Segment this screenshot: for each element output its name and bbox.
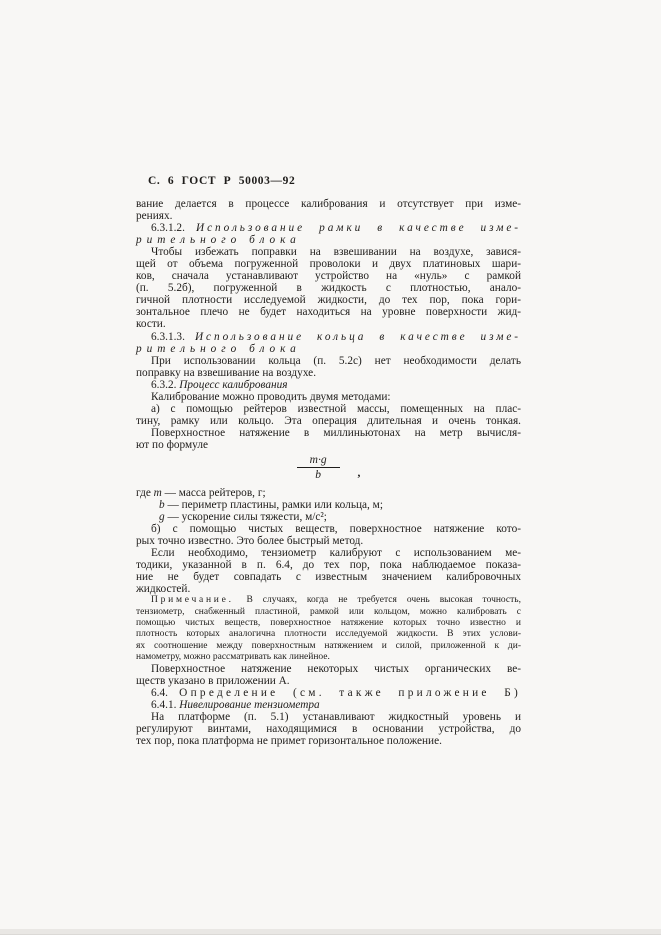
text-line: гичной плотности исследуемой жидкости, д… [136,294,521,306]
text-line: 6.4.1. Нивелирование тензиометра [136,699,521,711]
text-line: намометру, можно рассматривать как линей… [136,652,521,663]
text-line: Примечание. В случаях, когда не требуетс… [136,595,521,606]
text-line: а) с помощью рейтеров известной массы, п… [136,403,521,415]
text-line: Чтобы избежать поправки на взвешивании н… [136,246,521,258]
text-line: ков, сначала устанавливают устройство на… [136,270,521,282]
text-line: На платформе (п. 5.1) устанавливают жидк… [136,711,521,723]
text-line: 6.3.1.2. Использование рамки в качестве … [136,222,521,234]
text-line: тензиометр, снабженный пластиной, рамкой… [136,607,521,618]
text-line: ществ указано в приложении А. [136,675,521,687]
text-line: Калибрование можно проводить двумя метод… [136,391,521,403]
text-line: где m — масса рейтеров, г; [136,487,521,499]
text-column: вание делается в процессе калибрования и… [136,198,521,748]
text-line: Поверхностное натяжение некоторых чистых… [136,663,521,675]
formula-denominator: b [297,468,340,481]
text-line: тех пор, пока платформа не примет горизо… [136,735,521,747]
text-block-lower: где m — масса рейтеров, г;b — периметр п… [136,487,521,748]
text-line: плотность которых аналогична плотности и… [136,629,521,640]
text-line: b — периметр пластины, рамки или кольца,… [159,499,521,511]
page-header: С. 6 ГОСТ Р 50003—92 [148,175,295,187]
text-line: 6.3.1.3. Использование кольца в качестве… [136,331,521,343]
text-line: тодики, указанной в п. 6.4, до тех пор, … [136,559,521,571]
text-line: Поверхностное натяжение в миллиньютонах … [136,427,521,439]
text-line: При использовании кольца (п. 5.2с) нет н… [136,355,521,367]
formula-numerator: m·g [297,454,340,468]
formula-fraction: m·g b [297,454,340,481]
text-line: рых точно известно. Это более быстрый ме… [136,535,521,547]
scan-edge [0,929,661,935]
text-line: рительного блока [136,234,521,246]
text-line: кости. [136,318,521,330]
text-line: жидкостей. [136,583,521,595]
text-line: ют по формуле [136,439,521,451]
formula: m·g b , [136,451,521,487]
text-line: поправку на взвешивание на воздухе. [136,367,521,379]
text-line: помощью чистых веществ, поверхностное на… [136,618,521,629]
text-line: (п. 5.2б), погруженной в жидкость с плот… [136,282,521,294]
text-line: вание делается в процессе калибрования и… [136,198,521,210]
text-line: регулируют винтами, находящимися в основ… [136,723,521,735]
text-line: 6.3.2. Процесс калибрования [136,379,521,391]
formula-suffix: , [357,467,360,479]
scanned-document-page: С. 6 ГОСТ Р 50003—92 вание делается в пр… [0,0,661,935]
text-line: ние не будет совпадать с известным значе… [136,571,521,583]
text-line: зонтальное плечо не будет находиться на … [136,306,521,318]
text-line: б) с помощью чистых веществ, поверхностн… [136,523,521,535]
text-line: рительного блока [136,343,521,355]
text-block-upper: вание делается в процессе калибрования и… [136,198,521,451]
text-line: Если необходимо, тензиометр калибруют с … [136,547,521,559]
text-line: рениях. [136,210,521,222]
text-line: 6.4. Определение (см. также приложение Б… [136,687,521,699]
text-line: g — ускорение силы тяжести, м/с²; [159,511,521,523]
text-line: щей от объема погруженной проволоки и дв… [136,258,521,270]
text-line: ях соотношение между поверхностным натяж… [136,641,521,652]
text-line: тину, рамку или кольцо. Эта операция дли… [136,415,521,427]
